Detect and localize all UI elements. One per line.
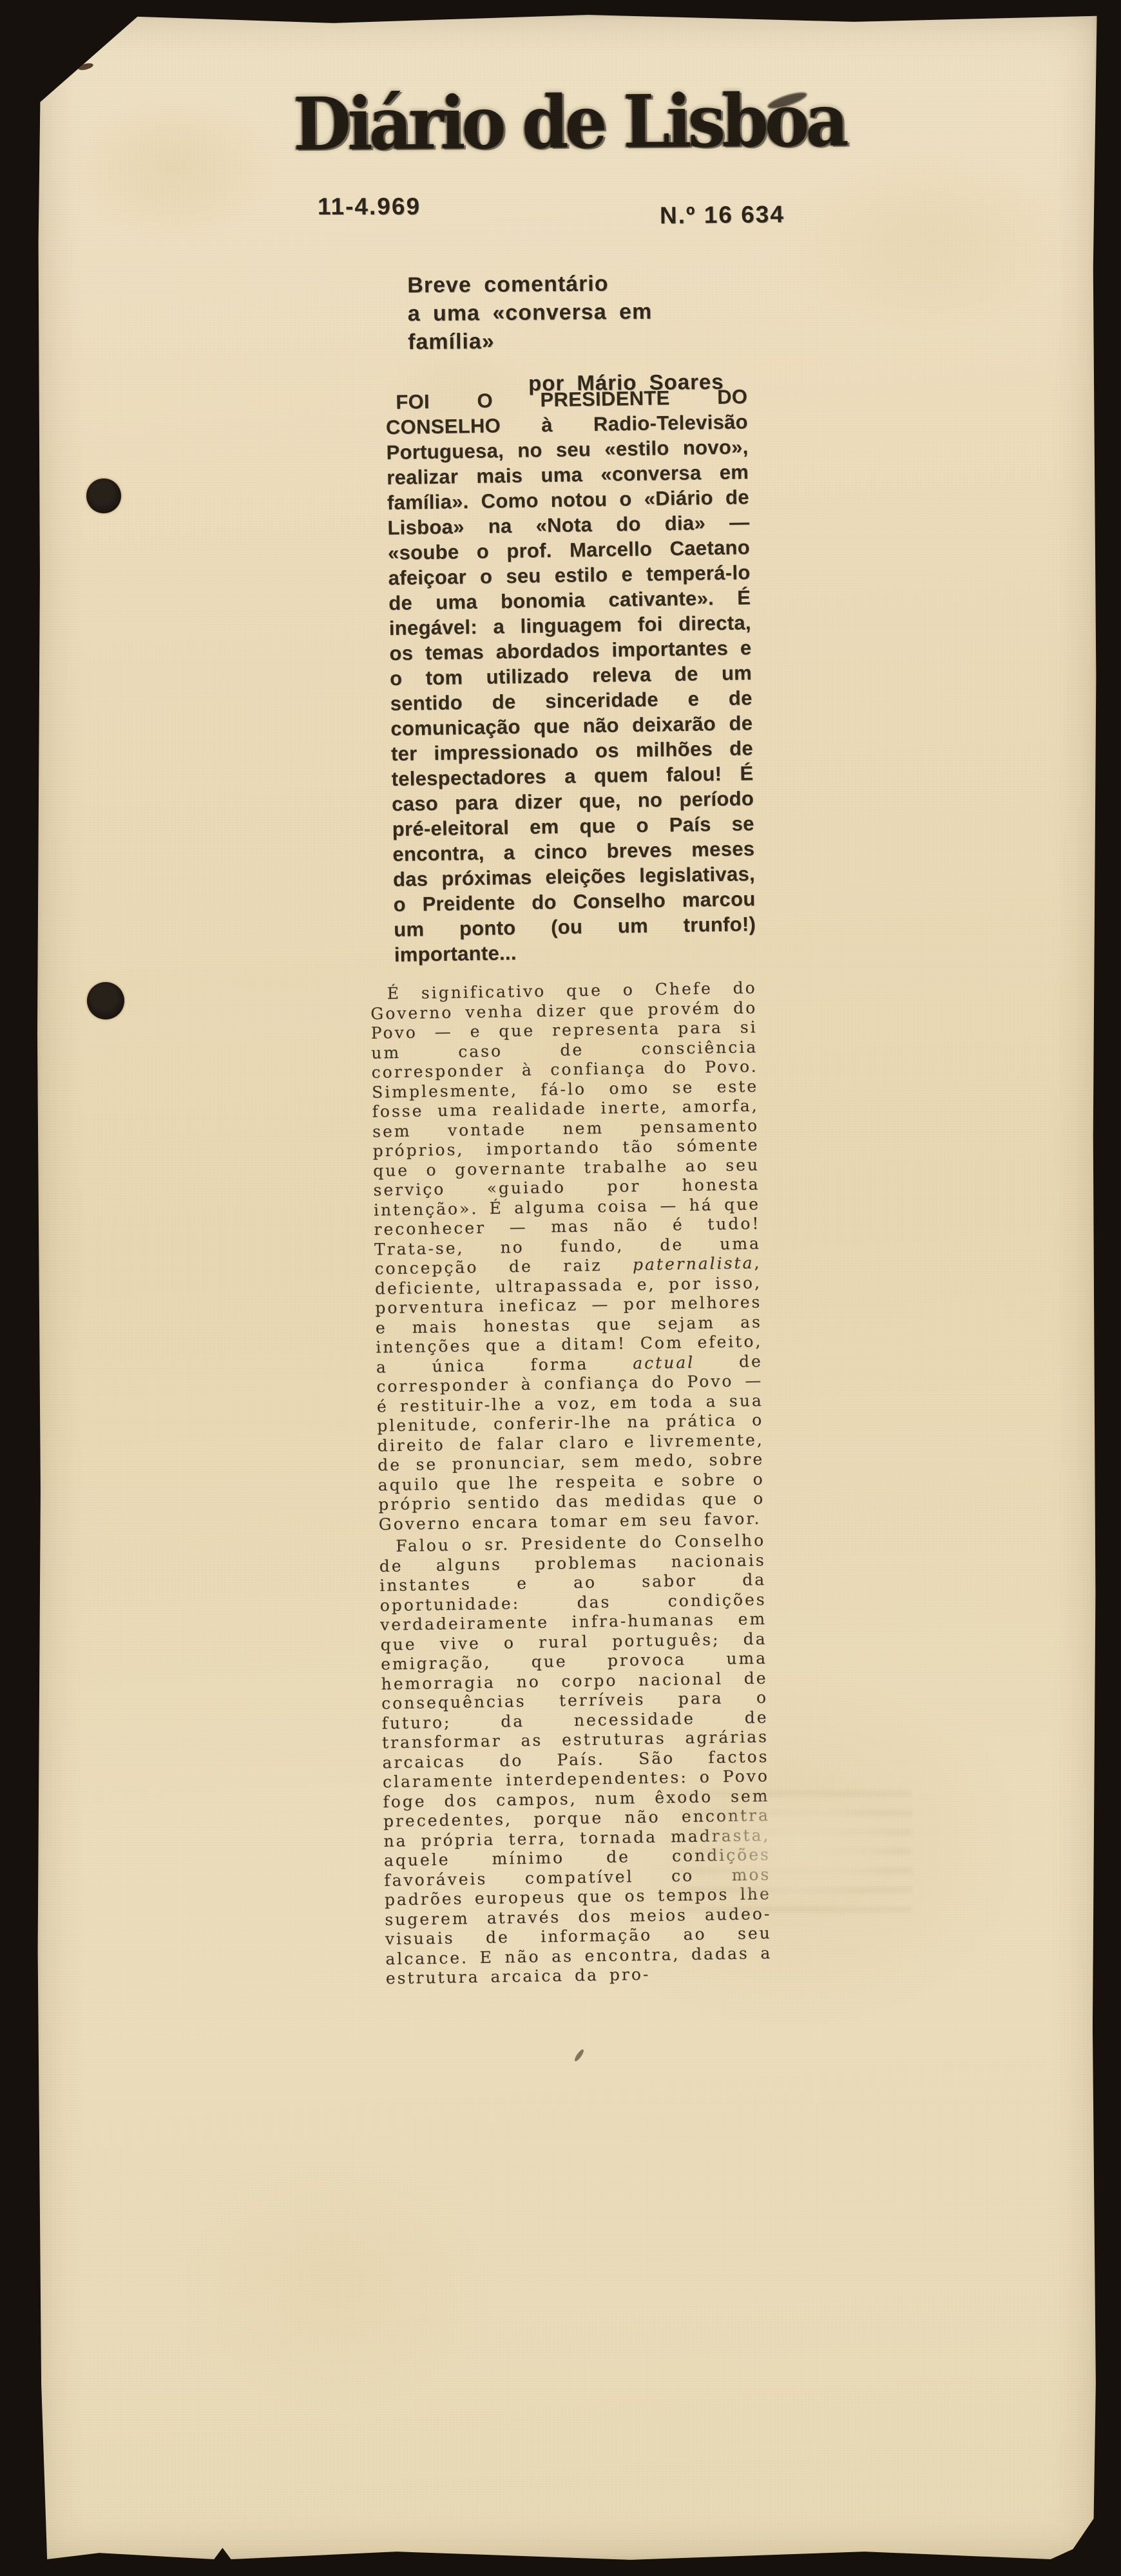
scan-background: Diário de Lisboa 11-4.969 N.º 16 634 Bre… bbox=[0, 0, 1121, 2576]
tape-mark bbox=[48, 15, 71, 75]
italic-word-paternalista: paternalista bbox=[633, 1253, 754, 1274]
masthead-title: Diário de Lisboa bbox=[293, 84, 822, 160]
lead-paragraph: FOI O PRESIDENTE DO CONSELHO à Radio-Tel… bbox=[385, 384, 756, 967]
newspaper-clipping: Diário de Lisboa 11-4.969 N.º 16 634 Bre… bbox=[35, 13, 1098, 2562]
italic-word-actual: actual bbox=[633, 1352, 695, 1372]
issue-date: 11-4.969 bbox=[318, 193, 421, 220]
headline-line2: a uma «conversa em família» bbox=[408, 297, 727, 356]
punch-hole-bottom bbox=[87, 982, 124, 1019]
headline: Breve comentário a uma «conversa em famí… bbox=[407, 269, 727, 399]
body-paragraph-2: Falou o sr. Presidente do Conselho de al… bbox=[379, 1531, 772, 1989]
text-segment: de corresponder à confiança do Povo — é … bbox=[376, 1352, 765, 1533]
punch-hole-top bbox=[86, 478, 121, 513]
body-paragraph-1: É significativo que o Chefe do Governo v… bbox=[370, 978, 765, 1534]
pen-mark bbox=[573, 2048, 585, 2062]
headline-line1: Breve comentário bbox=[407, 269, 725, 299]
article-body: FOI O PRESIDENTE DO CONSELHO à Radio-Tel… bbox=[361, 384, 772, 1991]
issue-number: N.º 16 634 bbox=[660, 201, 785, 229]
tape-mark-small bbox=[77, 62, 93, 71]
dateline: 11-4.969 N.º 16 634 bbox=[318, 193, 785, 220]
text-segment: É significativo que o Chefe do Governo v… bbox=[370, 978, 761, 1278]
